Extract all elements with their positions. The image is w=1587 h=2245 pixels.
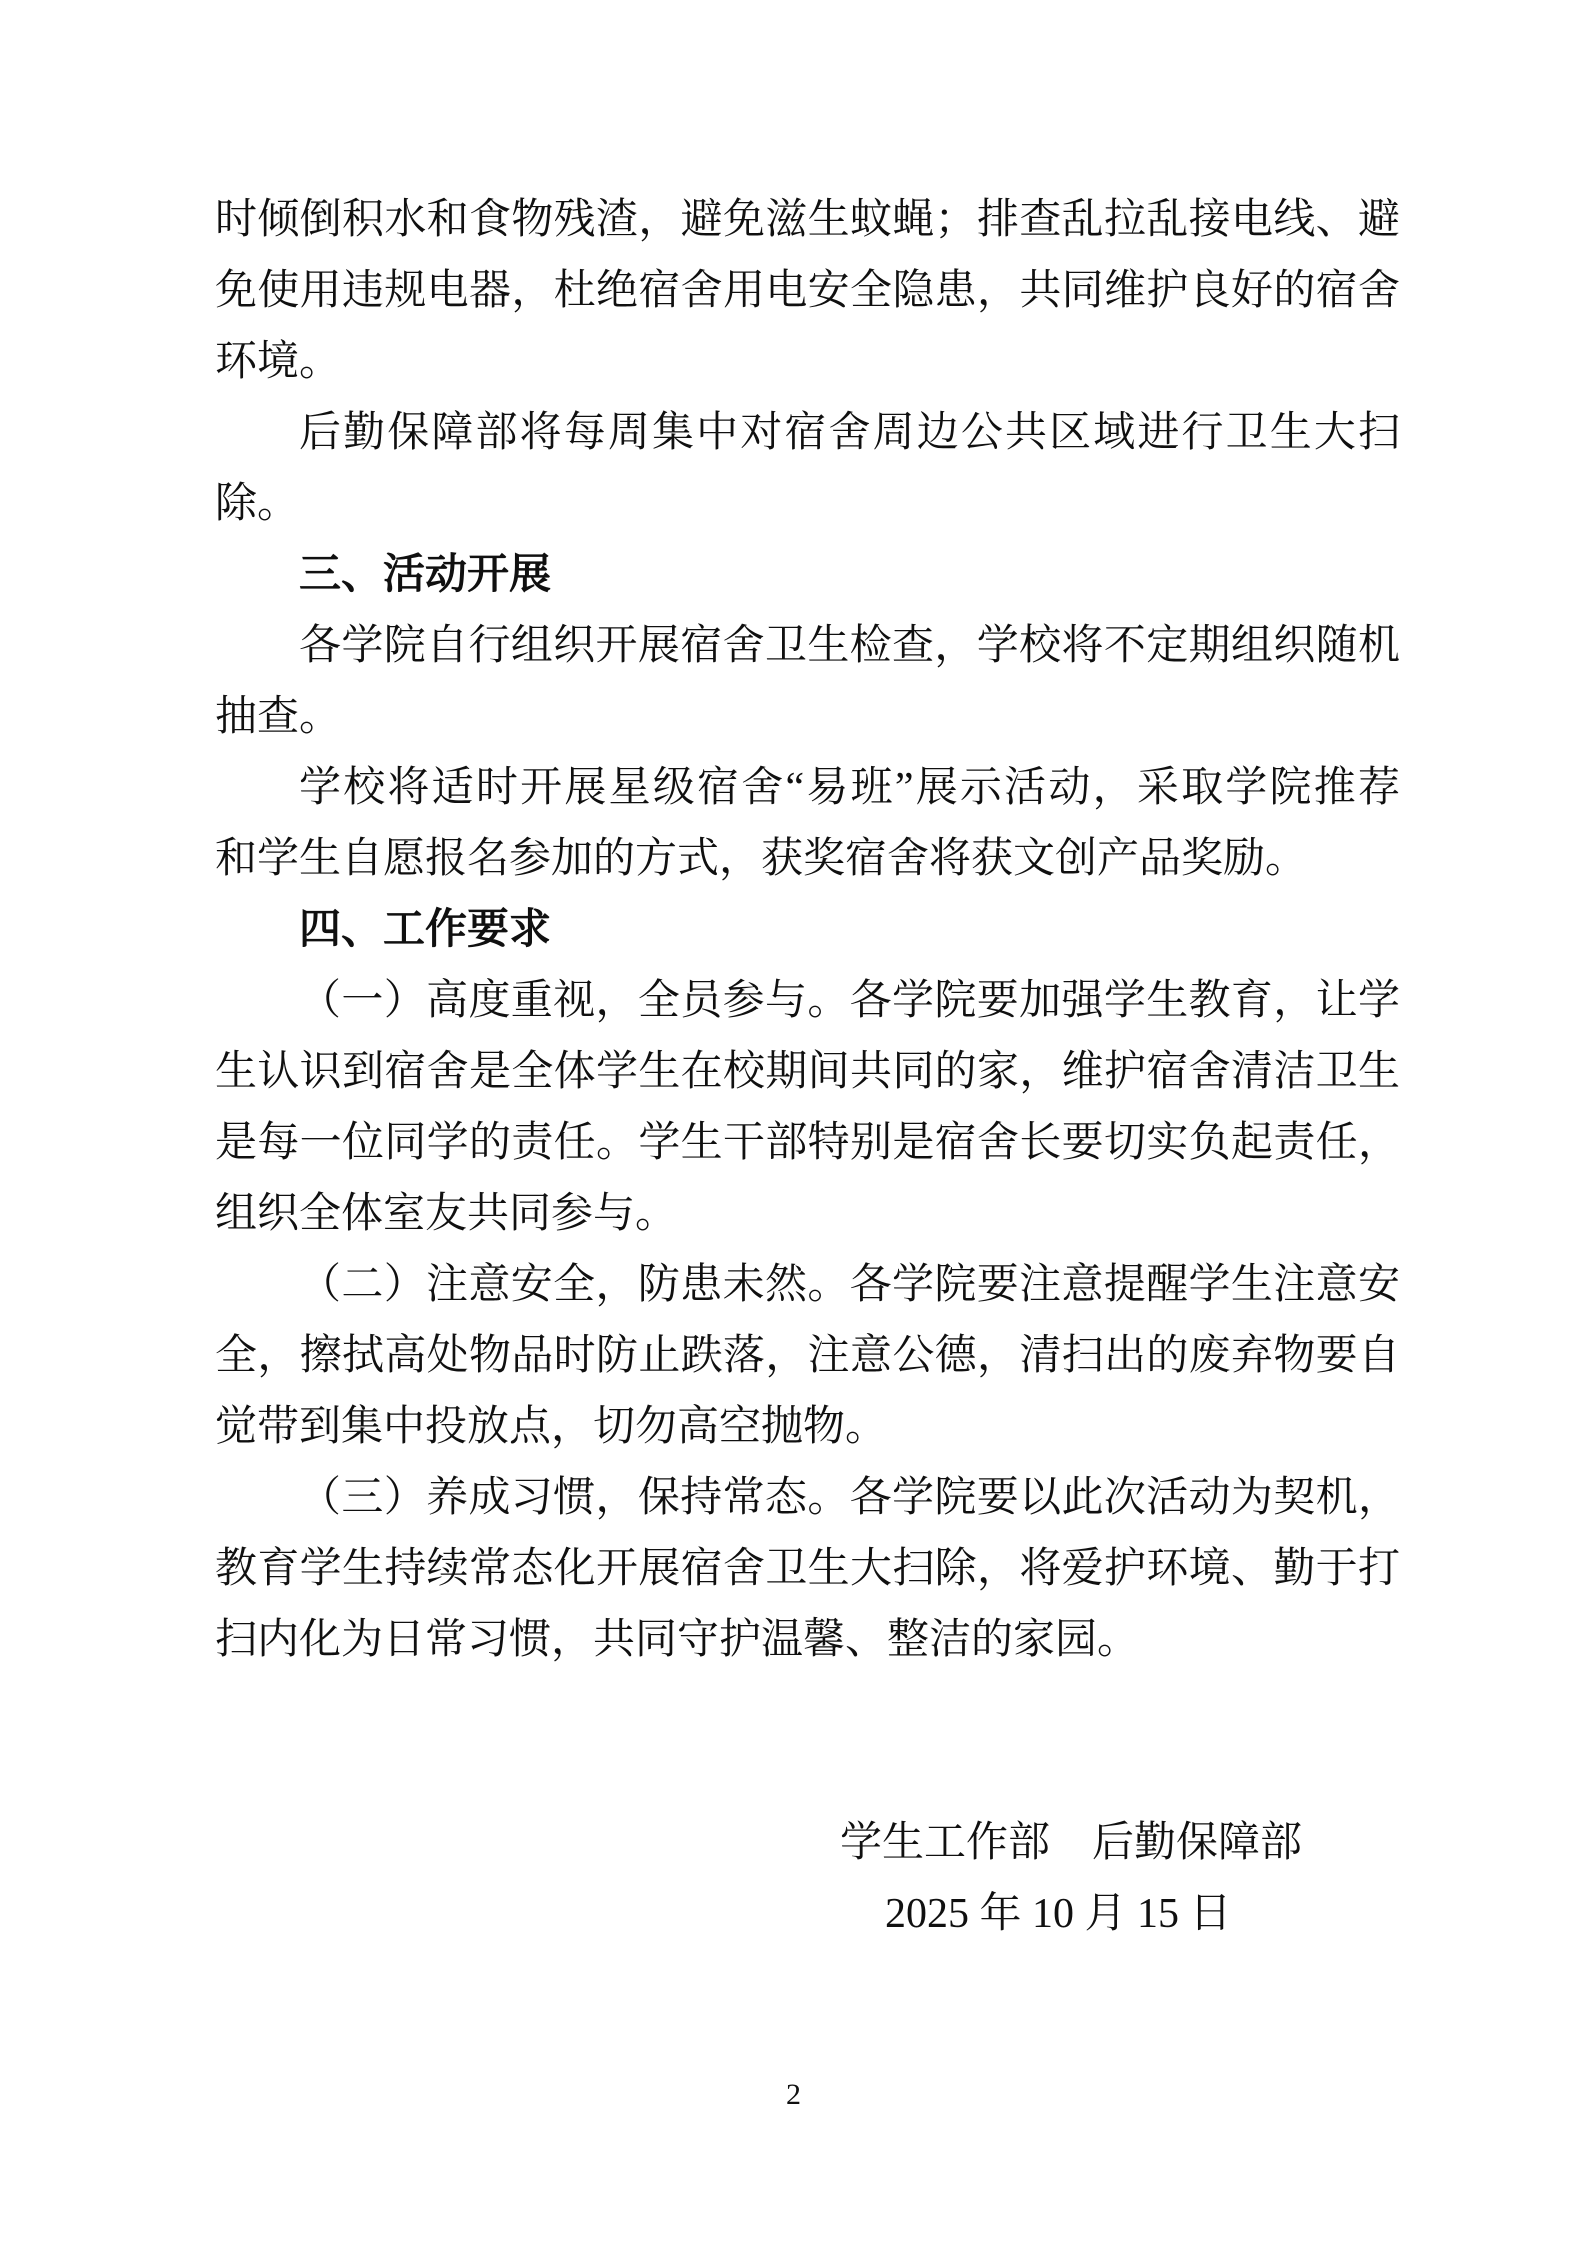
body-line: 全，擦拭高处物品时防止跌落，注意公德，清扫出的废弃物要自 [215, 1321, 1400, 1392]
body-line: 组织全体室友共同参与。 [215, 1179, 1400, 1250]
body-line: （二）注意安全，防患未然。各学院要注意提醒学生注意安 [215, 1250, 1400, 1321]
body-line: 和学生自愿报名参加的方式，获奖宿舍将获文创产品奖励。 [215, 824, 1400, 895]
body-line: 时倾倒积水和食物残渣，避免滋生蚊蝇；排查乱拉乱接电线、避 [215, 185, 1400, 256]
page-number: 2 [0, 2078, 1587, 2112]
body-line: 免使用违规电器，杜绝宿舍用电安全隐患，共同维护良好的宿舍 [215, 256, 1400, 327]
body-line: 环境。 [215, 327, 1400, 398]
body-line: 是每一位同学的责任。学生干部特别是宿舍长要切实负起责任， [215, 1108, 1400, 1179]
body-line: （一）高度重视，全员参与。各学院要加强学生教育，让学 [215, 966, 1400, 1037]
signature-date: 2025 年 10 月 15 日 [215, 1879, 1400, 1950]
body-line: 抽查。 [215, 682, 1400, 753]
body-line: （三）养成习惯，保持常态。各学院要以此次活动为契机， [215, 1463, 1400, 1534]
body-line: 教育学生持续常态化开展宿舍卫生大扫除，将爱护环境、勤于打 [215, 1534, 1400, 1605]
body-line: 生认识到宿舍是全体学生在校期间共同的家，维护宿舍清洁卫生 [215, 1037, 1400, 1108]
section-heading-activity: 三、活动开展 [215, 540, 1400, 611]
body-line: 除。 [215, 469, 1400, 540]
signature-departments: 学生工作部 后勤保障部 [215, 1808, 1400, 1879]
body-line: 后勤保障部将每周集中对宿舍周边公共区域进行卫生大扫 [215, 398, 1400, 469]
document-page: 时倾倒积水和食物残渣，避免滋生蚊蝇；排查乱拉乱接电线、避 免使用违规电器，杜绝宿… [0, 0, 1587, 2245]
body-line: 扫内化为日常习惯，共同守护温馨、整洁的家园。 [215, 1605, 1400, 1676]
section-heading-requirements: 四、工作要求 [215, 895, 1400, 966]
document-body: 时倾倒积水和食物残渣，避免滋生蚊蝇；排查乱拉乱接电线、避 免使用违规电器，杜绝宿… [215, 185, 1400, 1950]
body-line: 觉带到集中投放点，切勿高空抛物。 [215, 1392, 1400, 1463]
body-line: 学校将适时开展星级宿舍“易班”展示活动，采取学院推荐 [215, 753, 1400, 824]
body-line: 各学院自行组织开展宿舍卫生检查，学校将不定期组织随机 [215, 611, 1400, 682]
